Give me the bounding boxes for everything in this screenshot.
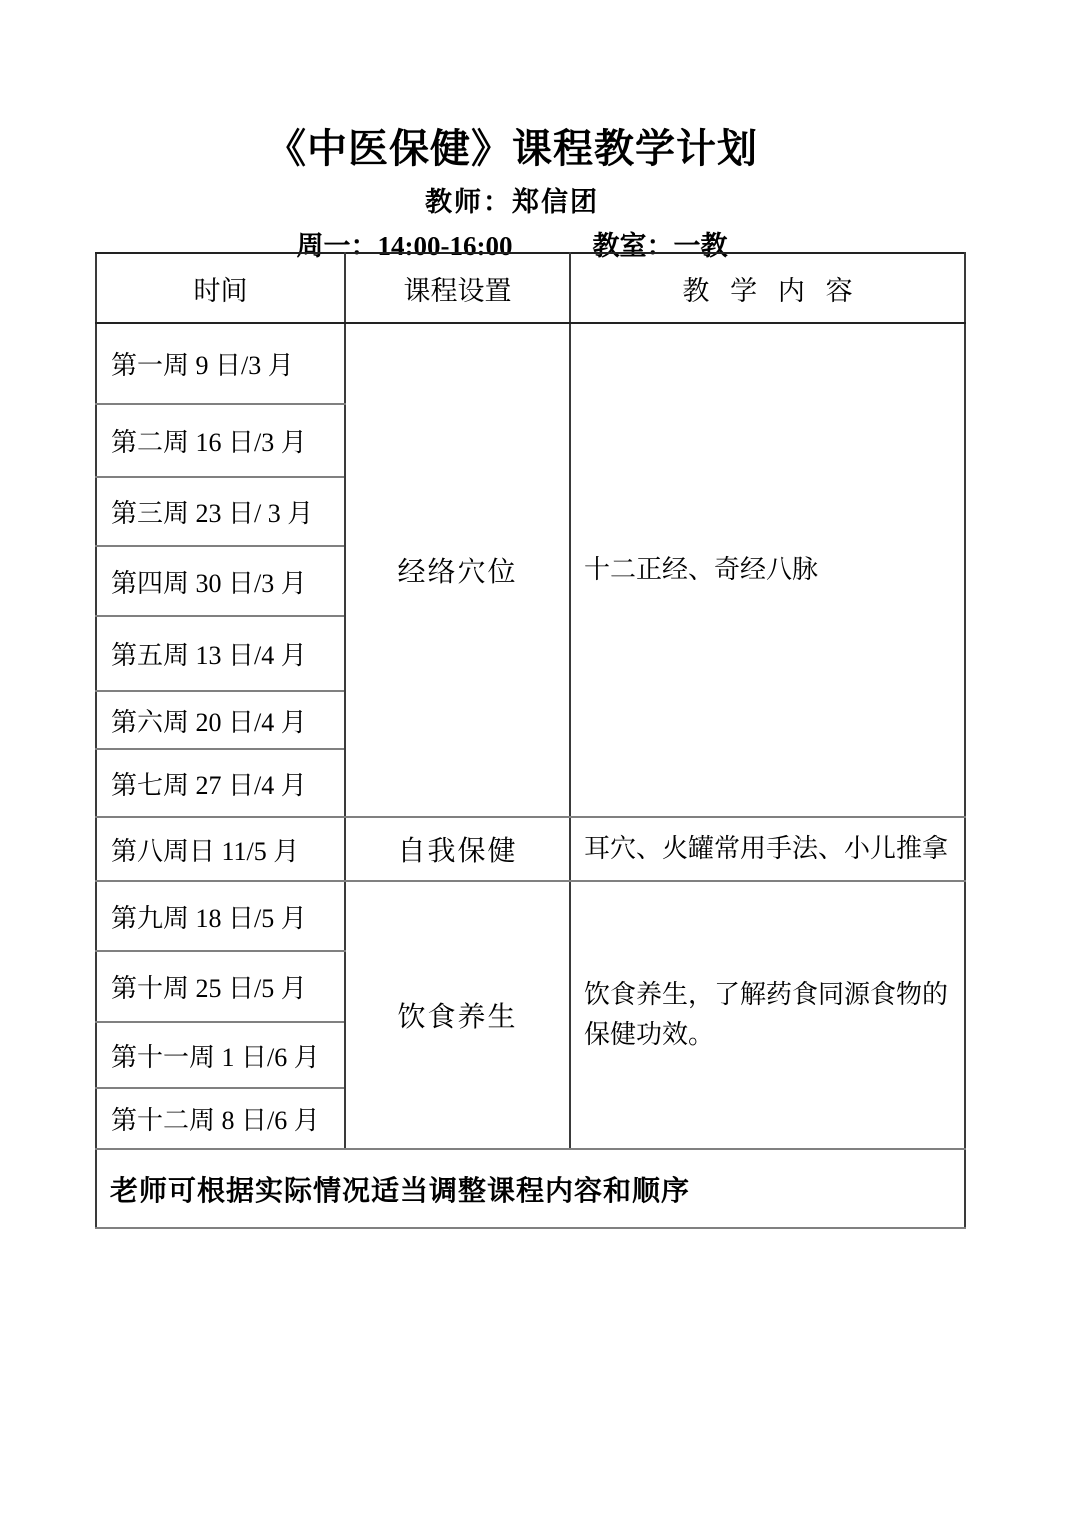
week-cell: 第十一周 1 日/6 月 [96, 1022, 345, 1088]
course-cell: 自我保健 [345, 817, 570, 881]
page-title: 《中医保健》课程教学计划 [0, 124, 1024, 174]
content-cell: 耳穴、火罐常用手法、小儿推拿 [570, 817, 965, 881]
document-header: 《中医保健》课程教学计划 教师：郑信团 周一：14:00-16:00 教室：一教 [0, 0, 1024, 263]
week-cell: 第四周 30 日/3 月 [96, 546, 345, 616]
course-schedule-table: 时间 课程设置 教 学 内 容 第一周 9 日/3 月 经络穴位 十二正经、奇经… [95, 252, 966, 1229]
course-cell: 饮食养生 [345, 881, 570, 1149]
week-cell: 第十二周 8 日/6 月 [96, 1088, 345, 1149]
week-cell: 第二周 16 日/3 月 [96, 404, 345, 477]
week-cell: 第三周 23 日/ 3 月 [96, 477, 345, 546]
week-cell: 第一周 9 日/3 月 [96, 323, 345, 404]
content-cell: 饮食养生，了解药食同源食物的保健功效。 [570, 881, 965, 1149]
header-course: 课程设置 [345, 253, 570, 323]
week-cell: 第十周 25 日/5 月 [96, 951, 345, 1022]
footer-note-row: 老师可根据实际情况适当调整课程内容和顺序 [96, 1149, 965, 1228]
course-cell: 经络穴位 [345, 323, 570, 817]
week-cell: 第七周 27 日/4 月 [96, 749, 345, 817]
footer-note: 老师可根据实际情况适当调整课程内容和顺序 [96, 1149, 965, 1228]
document-page: 《中医保健》课程教学计划 教师：郑信团 周一：14:00-16:00 教室：一教… [0, 0, 1080, 1527]
table-row: 第一周 9 日/3 月 经络穴位 十二正经、奇经八脉 [96, 323, 965, 404]
week-cell: 第九周 18 日/5 月 [96, 881, 345, 951]
table-header-row: 时间 课程设置 教 学 内 容 [96, 253, 965, 323]
week-cell: 第八周日 11/5 月 [96, 817, 345, 881]
content-cell: 十二正经、奇经八脉 [570, 323, 965, 817]
teacher-line: 教师：郑信团 [0, 180, 1024, 219]
table-row: 第九周 18 日/5 月 饮食养生 饮食养生，了解药食同源食物的保健功效。 [96, 881, 965, 951]
header-content: 教 学 内 容 [570, 253, 965, 323]
table-row: 第八周日 11/5 月 自我保健 耳穴、火罐常用手法、小儿推拿 [96, 817, 965, 881]
week-cell: 第六周 20 日/4 月 [96, 691, 345, 749]
header-time: 时间 [96, 253, 345, 323]
week-cell: 第五周 13 日/4 月 [96, 616, 345, 691]
